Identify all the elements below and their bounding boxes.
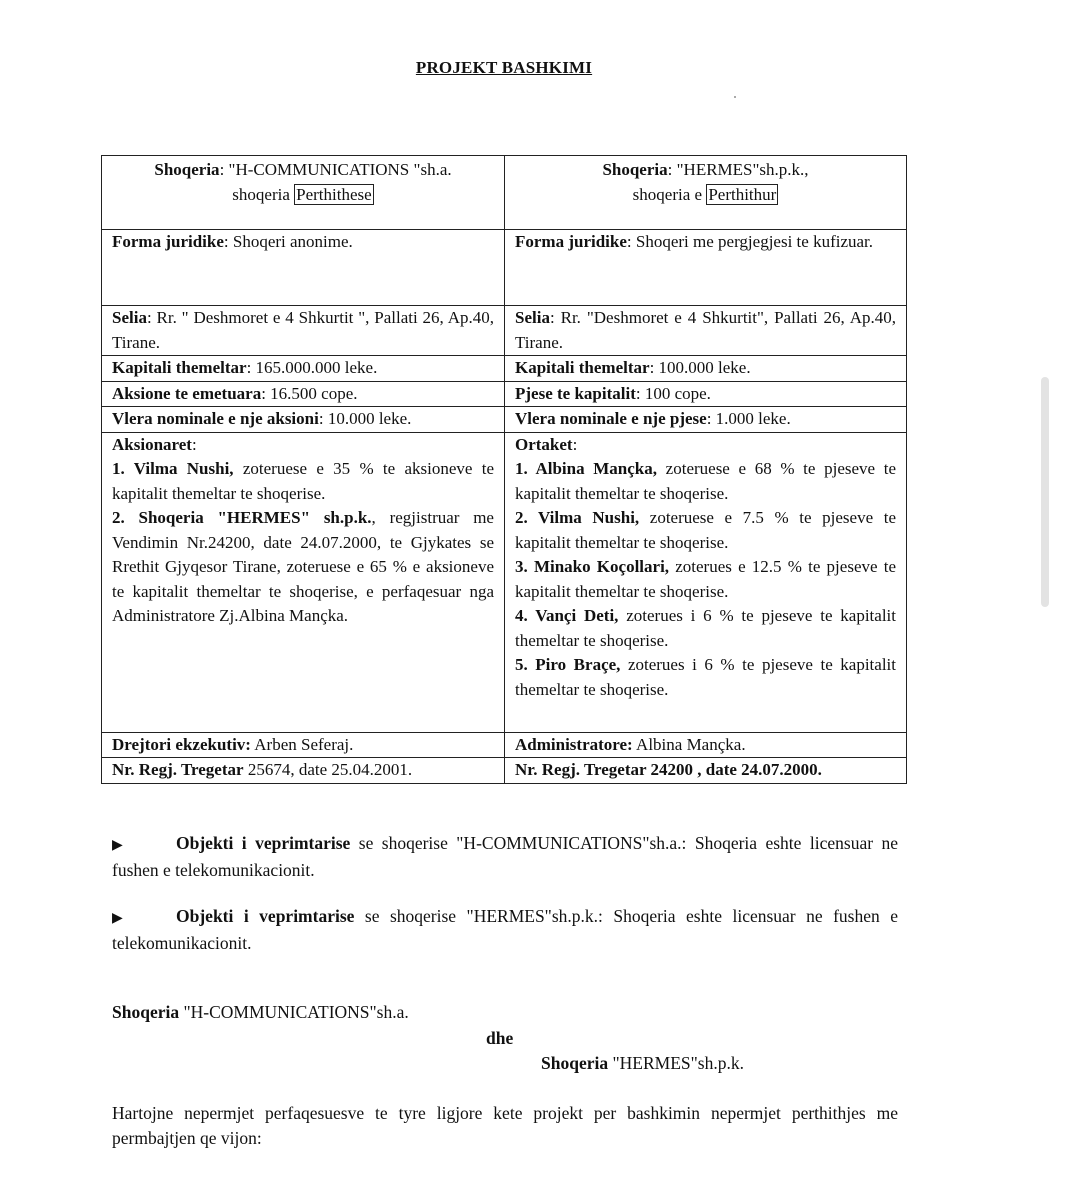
- table-row-management: Drejtori ekzekutiv: Arben Seferaj. Admin…: [102, 732, 907, 758]
- label: Vlera nominale e nje aksioni: [112, 409, 319, 428]
- label: Drejtori ekzekutiv:: [112, 735, 251, 754]
- value: : Rr. "Deshmoret e 4 Shkurtit", Pallati …: [515, 308, 896, 352]
- cell-left-registration: Nr. Regj. Tregetar 25674, date 25.04.200…: [102, 758, 505, 784]
- holder-name: 1. Vilma Nushi,: [112, 459, 234, 478]
- label: Selia: [515, 308, 550, 327]
- list-item: 3. Minako Koçollari, zoterues e 12.5 % t…: [515, 555, 896, 604]
- table-row-vlera: Vlera nominale e nje aksioni: 10.000 lek…: [102, 407, 907, 433]
- cell-right-holders: Ortaket: 1. Albina Mançka, zoteruese e 6…: [505, 432, 907, 732]
- value: : Shoqeri anonime.: [224, 232, 353, 251]
- bullet-arrow-icon: ▶: [112, 906, 176, 931]
- list-item: 4. Vançi Deti, zoterues i 6 % te pjeseve…: [515, 604, 896, 653]
- table-row-registration: Nr. Regj. Tregetar 25674, date 25.04.200…: [102, 758, 907, 784]
- cell-left-aksione: Aksione te emetuara: 16.500 cope.: [102, 381, 505, 407]
- label: Nr. Regj. Tregetar: [112, 760, 244, 779]
- value: : 1.000 leke.: [707, 409, 791, 428]
- holder-name: 2. Shoqeria "HERMES" sh.p.k.: [112, 508, 372, 527]
- closing-paragraph: Hartojne nepermjet perfaqesuesve te tyre…: [112, 1101, 898, 1151]
- party-connector: dhe: [486, 1028, 513, 1049]
- label: Kapitali themeltar: [112, 358, 247, 377]
- company-comparison-table: Shoqeria: "H-COMMUNICATIONS "sh.a. shoqe…: [101, 155, 907, 784]
- role-prefix: shoqeria: [232, 185, 294, 204]
- label: Aksione te emetuara: [112, 384, 261, 403]
- label: Shoqeria: [541, 1053, 608, 1073]
- table-row-shares: Aksione te emetuara: 16.500 cope. Pjese …: [102, 381, 907, 407]
- label: Shoqeria: [602, 160, 667, 179]
- business-object-hcomm: ▶Objekti i veprimtarise se shoqerise "H-…: [112, 831, 898, 883]
- label: Objekti i veprimtarise: [176, 833, 350, 853]
- table-row-forma: Forma juridike: Shoqeri anonime. Forma j…: [102, 230, 907, 306]
- cell-left-director: Drejtori ekzekutiv: Arben Seferaj.: [102, 732, 505, 758]
- cell-left-company: Shoqeria: "H-COMMUNICATIONS "sh.a. shoqe…: [102, 156, 505, 230]
- holder-name: 4. Vançi Deti,: [515, 606, 618, 625]
- cell-right-company: Shoqeria: "HERMES"sh.p.k., shoqeria e Pe…: [505, 156, 907, 230]
- list-item: 2. Vilma Nushi, zoteruese e 7.5 % te pje…: [515, 506, 896, 555]
- value: : Shoqeri me pergjegjesi te kufizuar.: [627, 232, 873, 251]
- value: : 16.500 cope.: [261, 384, 357, 403]
- table-row-company: Shoqeria: "H-COMMUNICATIONS "sh.a. shoqe…: [102, 156, 907, 230]
- party-first: Shoqeria "H-COMMUNICATIONS"sh.a.: [112, 1002, 409, 1023]
- label: Pjese te kapitalit: [515, 384, 636, 403]
- cell-right-selia: Selia: Rr. "Deshmoret e 4 Shkurtit", Pal…: [505, 306, 907, 356]
- holder-name: 1. Albina Mançka,: [515, 459, 657, 478]
- list-item: 1. Albina Mançka, zoteruese e 68 % te pj…: [515, 457, 896, 506]
- business-object-hermes: ▶Objekti i veprimtarise se shoqerise "HE…: [112, 904, 898, 956]
- label: Kapitali themeltar: [515, 358, 650, 377]
- page-title: PROJEKT BASHKIMI: [0, 58, 1008, 78]
- value: Arben Seferaj.: [251, 735, 353, 754]
- value: 25674, date 25.04.2001.: [244, 760, 413, 779]
- bullet-arrow-icon: ▶: [112, 833, 176, 858]
- company-name: : "HERMES"sh.p.k.,: [668, 160, 809, 179]
- role-prefix: shoqeria e: [633, 185, 707, 204]
- label: Nr. Regj. Tregetar 24200 , date 24.07.20…: [515, 760, 822, 779]
- table-row-kapitali: Kapitali themeltar: 165.000.000 leke. Ka…: [102, 356, 907, 382]
- label: Selia: [112, 308, 147, 327]
- role-boxed-text: Perthithur: [706, 184, 778, 205]
- label: Vlera nominale e nje pjese: [515, 409, 707, 428]
- role-boxed-text: Perthithese: [294, 184, 374, 205]
- cell-right-forma: Forma juridike: Shoqeri me pergjegjesi t…: [505, 230, 907, 306]
- value: : 100 cope.: [636, 384, 711, 403]
- holder-name: 5. Piro Braçe,: [515, 655, 620, 674]
- holder-name: 3. Minako Koçollari,: [515, 557, 669, 576]
- scan-speck: [734, 96, 736, 98]
- holders-label: Ortaket: [515, 435, 573, 454]
- cell-left-vlera: Vlera nominale e nje aksioni: 10.000 lek…: [102, 407, 505, 433]
- value: : Rr. " Deshmoret e 4 Shkurtit ", Pallat…: [112, 308, 494, 352]
- cell-left-forma: Forma juridike: Shoqeri anonime.: [102, 230, 505, 306]
- cell-right-pjese: Pjese te kapitalit: 100 cope.: [505, 381, 907, 407]
- cell-left-holders: Aksionaret: 1. Vilma Nushi, zoteruese e …: [102, 432, 505, 732]
- label: Forma juridike: [112, 232, 224, 251]
- value: : 165.000.000 leke.: [247, 358, 378, 377]
- party-second: Shoqeria "HERMES"sh.p.k.: [541, 1053, 744, 1074]
- label: Administratore:: [515, 735, 633, 754]
- list-item: 5. Piro Braçe, zoterues i 6 % te pjeseve…: [515, 653, 896, 702]
- label: Shoqeria: [112, 1002, 179, 1022]
- label: Shoqeria: [154, 160, 219, 179]
- value: : 10.000 leke.: [319, 409, 412, 428]
- cell-right-kapitali: Kapitali themeltar: 100.000 leke.: [505, 356, 907, 382]
- value: Albina Mançka.: [633, 735, 746, 754]
- company-name: : "H-COMMUNICATIONS "sh.a.: [220, 160, 452, 179]
- list-item: 1. Vilma Nushi, zoteruese e 35 % te aksi…: [112, 457, 494, 506]
- cell-right-vlera: Vlera nominale e nje pjese: 1.000 leke.: [505, 407, 907, 433]
- label: Objekti i veprimtarise: [176, 906, 354, 926]
- label: Forma juridike: [515, 232, 627, 251]
- cell-left-selia: Selia: Rr. " Deshmoret e 4 Shkurtit ", P…: [102, 306, 505, 356]
- cell-right-admin: Administratore: Albina Mançka.: [505, 732, 907, 758]
- value: "HERMES"sh.p.k.: [608, 1053, 744, 1073]
- vertical-scrollbar[interactable]: [1041, 377, 1049, 607]
- holders-label: Aksionaret: [112, 435, 192, 454]
- table-row-holders: Aksionaret: 1. Vilma Nushi, zoteruese e …: [102, 432, 907, 732]
- holder-name: 2. Vilma Nushi,: [515, 508, 639, 527]
- table-row-selia: Selia: Rr. " Deshmoret e 4 Shkurtit ", P…: [102, 306, 907, 356]
- cell-left-kapitali: Kapitali themeltar: 165.000.000 leke.: [102, 356, 505, 382]
- list-item: 2. Shoqeria "HERMES" sh.p.k., regjistrua…: [112, 506, 494, 629]
- cell-right-registration: Nr. Regj. Tregetar 24200 , date 24.07.20…: [505, 758, 907, 784]
- value: : 100.000 leke.: [650, 358, 751, 377]
- value: "H-COMMUNICATIONS"sh.a.: [179, 1002, 409, 1022]
